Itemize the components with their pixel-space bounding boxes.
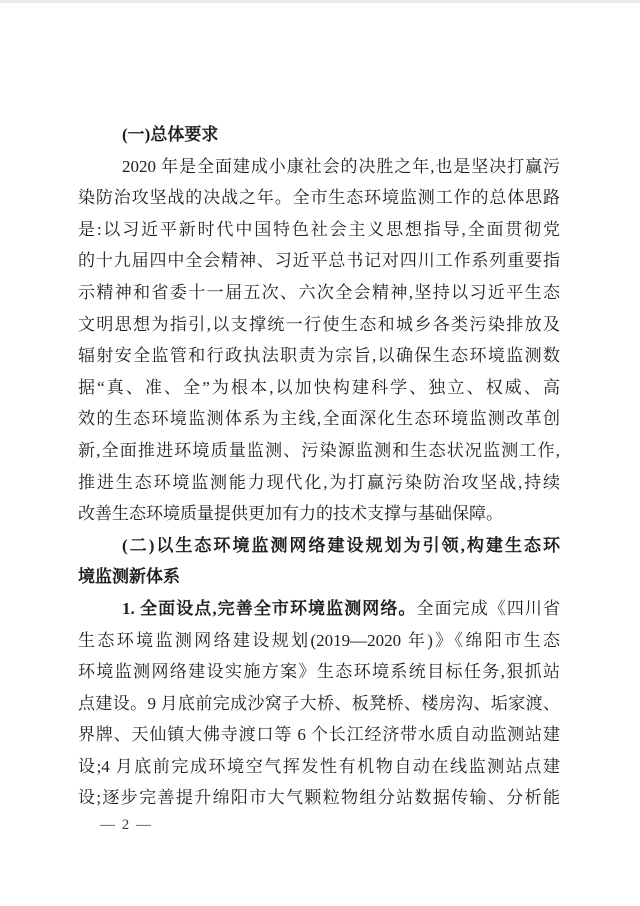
text-line: 新,全面推进环境质量监测、污染源监测和生态状况监测工作, xyxy=(78,435,560,467)
text-line: (一)总体要求 xyxy=(78,119,560,151)
text-segment: 环境监测网络建设实施方案》生态环境系统目标任务,狠抓站 xyxy=(78,662,560,681)
text-segment: 2020 年是全面建成小康社会的决胜之年,也是坚决打赢污 xyxy=(122,157,560,176)
text-line: 设;4 月底前完成环境空气挥发性有机物自动在线监测站点建 xyxy=(78,751,560,783)
text-segment: 的十九届四中全会精神、习近平总书记对四川工作系列重要指 xyxy=(78,251,560,270)
text-block: (一)总体要求2020 年是全面建成小康社会的决胜之年,也是坚决打赢污染防治攻坚… xyxy=(78,119,560,814)
text-segment: (二)以生态环境监测网络建设规划为引领,构建生态环 xyxy=(122,536,560,555)
text-line: 改善生态环境质量提供更加有力的技术支撑与基础保障。 xyxy=(78,498,560,530)
text-line: 环境监测网络建设实施方案》生态环境系统目标任务,狠抓站 xyxy=(78,656,560,688)
text-line: 的十九届四中全会精神、习近平总书记对四川工作系列重要指 xyxy=(78,245,560,277)
text-segment: 示精神和省委十一届五次、六次全会精神,坚持以习近平生态 xyxy=(78,283,560,302)
text-segment: 生态环境监测网络建设规划(2019—2020 年)》《绵阳市生态 xyxy=(78,631,560,650)
text-segment: (一)总体要求 xyxy=(122,125,218,144)
text-line: 辐射安全监管和行政执法职责为宗旨,以确保生态环境监测数 xyxy=(78,340,560,372)
text-line: 境监测新体系 xyxy=(78,561,560,593)
text-segment: 点建设。9 月底前完成沙窝子大桥、板凳桥、楼房沟、垢家渡、 xyxy=(78,694,560,713)
text-line: 示精神和省委十一届五次、六次全会精神,坚持以习近平生态 xyxy=(78,277,560,309)
text-segment: 染防治攻坚战的决战之年。全市生态环境监测工作的总体思路 xyxy=(78,188,560,207)
text-line: 生态环境监测网络建设规划(2019—2020 年)》《绵阳市生态 xyxy=(78,625,560,657)
text-segment: 新,全面推进环境质量监测、污染源监测和生态状况监测工作, xyxy=(78,441,560,460)
text-line: 设;逐步完善提升绵阳市大气颗粒物组分站数据传输、分析能 xyxy=(78,782,560,814)
text-line: 文明思想为指引,以支撑统一行使生态和城乡各类污染排放及 xyxy=(78,309,560,341)
text-segment: 是:以习近平新时代中国特色社会主义思想指导,全面贯彻党 xyxy=(78,220,560,239)
text-line: 1. 全面设点,完善全市环境监测网络。全面完成《四川省 xyxy=(78,593,560,625)
text-line: 点建设。9 月底前完成沙窝子大桥、板凳桥、楼房沟、垢家渡、 xyxy=(78,688,560,720)
page-number: — 2 — xyxy=(100,817,153,834)
text-segment: 设;4 月底前完成环境空气挥发性有机物自动在线监测站点建 xyxy=(78,757,560,776)
text-line: (二)以生态环境监测网络建设规划为引领,构建生态环 xyxy=(78,530,560,562)
scan-edge-top xyxy=(0,0,640,3)
text-segment: 文明思想为指引,以支撑统一行使生态和城乡各类污染排放及 xyxy=(78,315,560,334)
text-segment: 辐射安全监管和行政执法职责为宗旨,以确保生态环境监测数 xyxy=(78,346,560,365)
text-segment: 界牌、天仙镇大佛寺渡口等 6 个长江经济带水质自动监测站建 xyxy=(78,725,560,744)
text-segment: 据“真、准、全”为根本,以加快构建科学、独立、权威、高 xyxy=(78,378,560,397)
document-page: (一)总体要求2020 年是全面建成小康社会的决胜之年,也是坚决打赢污染防治攻坚… xyxy=(0,0,640,906)
text-line: 推进生态环境监测能力现代化,为打赢污染防治攻坚战,持续 xyxy=(78,467,560,499)
text-segment: 改善生态环境质量提供更加有力的技术支撑与基础保障。 xyxy=(78,504,503,523)
text-segment: 1. 全面设点,完善全市环境监测网络。 xyxy=(122,599,417,618)
text-segment: 效的生态环境监测体系为主线,全面深化生态环境监测改革创 xyxy=(78,409,560,428)
text-line: 染防治攻坚战的决战之年。全市生态环境监测工作的总体思路 xyxy=(78,182,560,214)
text-segment: 全面完成《四川省 xyxy=(417,599,561,618)
text-segment: 推进生态环境监测能力现代化,为打赢污染防治攻坚战,持续 xyxy=(78,473,560,492)
text-line: 据“真、准、全”为根本,以加快构建科学、独立、权威、高 xyxy=(78,372,560,404)
text-line: 效的生态环境监测体系为主线,全面深化生态环境监测改革创 xyxy=(78,403,560,435)
text-segment: 设;逐步完善提升绵阳市大气颗粒物组分站数据传输、分析能 xyxy=(78,788,560,807)
text-line: 2020 年是全面建成小康社会的决胜之年,也是坚决打赢污 xyxy=(78,151,560,183)
text-line: 界牌、天仙镇大佛寺渡口等 6 个长江经济带水质自动监测站建 xyxy=(78,719,560,751)
text-segment: 境监测新体系 xyxy=(78,567,180,586)
text-line: 是:以习近平新时代中国特色社会主义思想指导,全面贯彻党 xyxy=(78,214,560,246)
